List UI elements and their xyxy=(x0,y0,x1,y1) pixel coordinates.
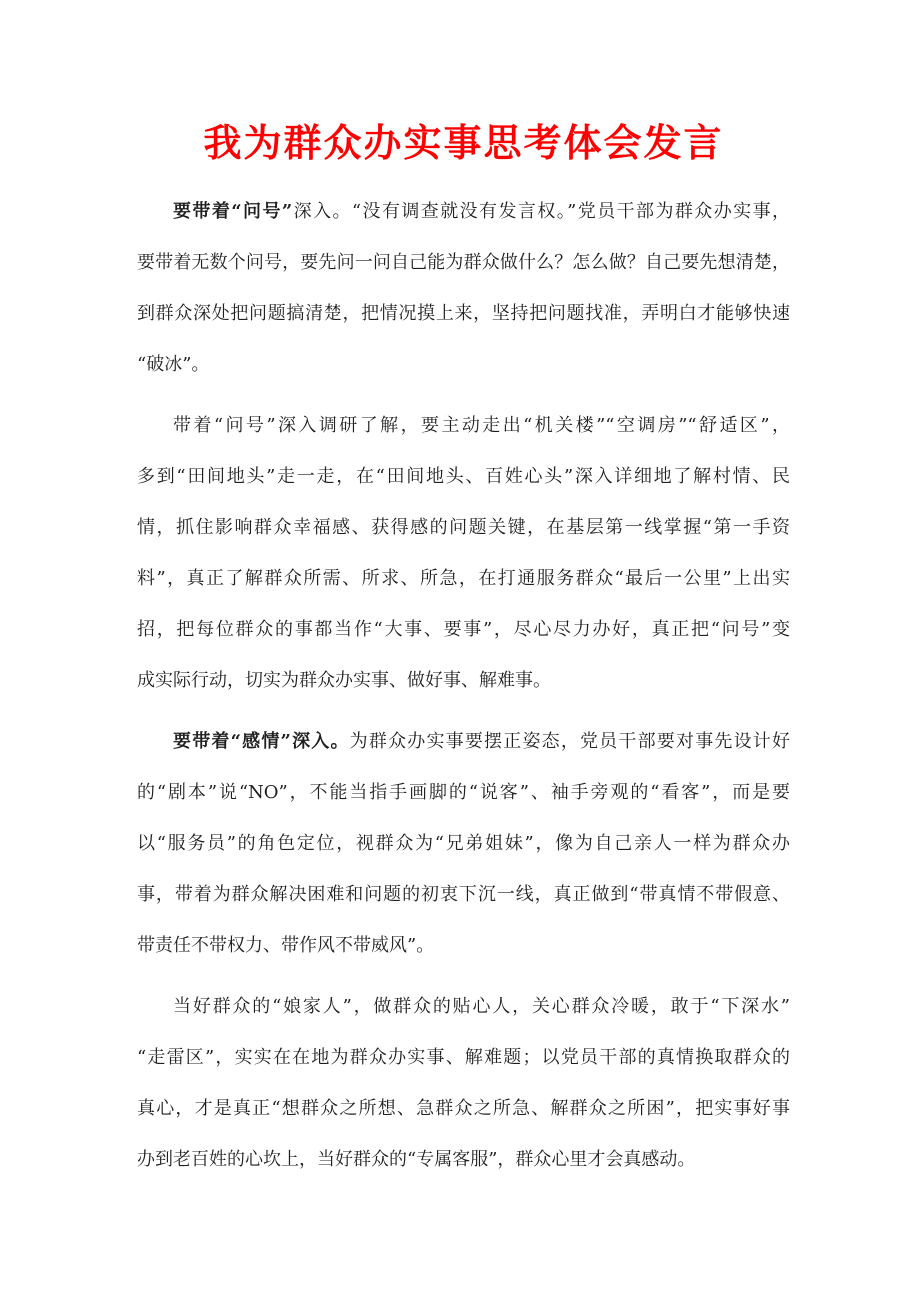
text-line: 真心，才是真正“想群众之所想、急群众之所急、解群众之所困”，把实事好事 xyxy=(137,1083,790,1134)
text-line: 要带着“感情”深入。为群众办实事要摆正姿态，党员干部要对事先设计好 xyxy=(137,716,790,767)
body-text: 成实际行动，切实为群众办实事、做好事、解难事。 xyxy=(137,670,551,691)
paragraph: 当好群众的“娘家人”，做群众的贴心人，关心群众冷暖，敢于“下深水”“走雷区”，实… xyxy=(137,981,790,1185)
text-line: 的“剧本”说“NO”，不能当指手画脚的“说客”、袖手旁观的“看客”，而是要 xyxy=(137,767,790,818)
text-line: 要带着无数个问号，要先问一问自己能为群众做什么？怎么做？自己要先想清楚， xyxy=(137,237,790,288)
text-line: 情，抓住影响群众幸福感、获得感的问题关键，在基层第一线掌握“第一手资 xyxy=(137,502,790,553)
document-page: 我为群众办实事思考体会发言 要带着“问号”深入。“没有调查就没有发言权。”党员干… xyxy=(0,0,920,1302)
document-title: 我为群众办实事思考体会发言 xyxy=(137,116,790,170)
body-text: 带责任不带权力、带作风不带威风”。 xyxy=(137,935,434,956)
body-text: “走雷区”，实实在在地为群众办实事、解难题；以党员干部的真情换取群众的 xyxy=(137,1047,790,1068)
body-text: 以“服务员”的角色定位，视群众为“兄弟姐妹”，像为自己亲人一样为群众办 xyxy=(137,833,790,854)
text-line: 到群众深处把问题搞清楚，把情况摸上来，坚持把问题找准，弄明白才能够快速 xyxy=(137,288,790,339)
text-line: 要带着“问号”深入。“没有调查就没有发言权。”党员干部为群众办实事， xyxy=(137,186,790,237)
text-line: 带责任不带权力、带作风不带威风”。 xyxy=(137,920,790,971)
body-text: 深入。“没有调查就没有发言权。”党员干部为群众办实事， xyxy=(292,201,790,222)
text-line: “破冰”。 xyxy=(137,339,790,390)
text-line: 招，把每位群众的事都当作“大事、要事”，尽心尽力办好，真正把“问号”变 xyxy=(137,604,790,655)
paragraph: 要带着“问号”深入。“没有调查就没有发言权。”党员干部为群众办实事，要带着无数个… xyxy=(137,186,790,390)
document-content: 我为群众办实事思考体会发言 要带着“问号”深入。“没有调查就没有发言权。”党员干… xyxy=(0,116,920,1185)
body-text: 事，带着为群众解决困难和问题的初衷下沉一线，真正做到“带真情不带假意、 xyxy=(137,884,790,905)
body-text: 带着“问号”深入调研了解，要主动走出“机关楼”“空调房”“舒适区”， xyxy=(173,415,790,436)
body-text: 的“剧本”说“NO”，不能当指手画脚的“说客”、袖手旁观的“看客”，而是要 xyxy=(137,782,790,803)
body-text: 为群众办实事要摆正姿态，党员干部要对事先设计好 xyxy=(350,731,790,752)
body-text: 真心，才是真正“想群众之所想、急群众之所急、解群众之所困”，把实事好事 xyxy=(137,1098,790,1119)
body-text: 招，把每位群众的事都当作“大事、要事”，尽心尽力办好，真正把“问号”变 xyxy=(137,619,790,640)
paragraph: 要带着“感情”深入。为群众办实事要摆正姿态，党员干部要对事先设计好的“剧本”说“… xyxy=(137,716,790,971)
text-line: 事，带着为群众解决困难和问题的初衷下沉一线，真正做到“带真情不带假意、 xyxy=(137,869,790,920)
bold-lead-text: 要带着“问号” xyxy=(173,201,292,222)
body-text: 料”，真正了解群众所需、所求、所急，在打通服务群众“最后一公里”上出实 xyxy=(137,568,790,589)
bold-lead-text: 要带着“感情”深入。 xyxy=(173,731,350,752)
body-text: 情，抓住影响群众幸福感、获得感的问题关键，在基层第一线掌握“第一手资 xyxy=(137,517,790,538)
body-text: 到群众深处把问题搞清楚，把情况摸上来，坚持把问题找准，弄明白才能够快速 xyxy=(137,303,790,324)
text-line: 多到“田间地头”走一走，在“田间地头、百姓心头”深入详细地了解村情、民 xyxy=(137,451,790,502)
document-body: 要带着“问号”深入。“没有调查就没有发言权。”党员干部为群众办实事，要带着无数个… xyxy=(137,186,790,1185)
text-line: 料”，真正了解群众所需、所求、所急，在打通服务群众“最后一公里”上出实 xyxy=(137,553,790,604)
text-line: 办到老百姓的心坎上，当好群众的“专属客服”，群众心里才会真感动。 xyxy=(137,1134,790,1185)
text-line: 以“服务员”的角色定位，视群众为“兄弟姐妹”，像为自己亲人一样为群众办 xyxy=(137,818,790,869)
text-line: 当好群众的“娘家人”，做群众的贴心人，关心群众冷暖，敢于“下深水” xyxy=(137,981,790,1032)
body-text: 要带着无数个问号，要先问一问自己能为群众做什么？怎么做？自己要先想清楚， xyxy=(137,252,790,273)
body-text: 办到老百姓的心坎上，当好群众的“专属客服”，群众心里才会真感动。 xyxy=(137,1149,695,1170)
body-text: 多到“田间地头”走一走，在“田间地头、百姓心头”深入详细地了解村情、民 xyxy=(137,466,790,487)
body-text: 当好群众的“娘家人”，做群众的贴心人，关心群众冷暖，敢于“下深水” xyxy=(173,996,790,1017)
paragraph: 带着“问号”深入调研了解，要主动走出“机关楼”“空调房”“舒适区”，多到“田间地… xyxy=(137,400,790,706)
text-line: 带着“问号”深入调研了解，要主动走出“机关楼”“空调房”“舒适区”， xyxy=(137,400,790,451)
text-line: 成实际行动，切实为群众办实事、做好事、解难事。 xyxy=(137,655,790,706)
body-text: “破冰”。 xyxy=(137,354,209,375)
text-line: “走雷区”，实实在在地为群众办实事、解难题；以党员干部的真情换取群众的 xyxy=(137,1032,790,1083)
